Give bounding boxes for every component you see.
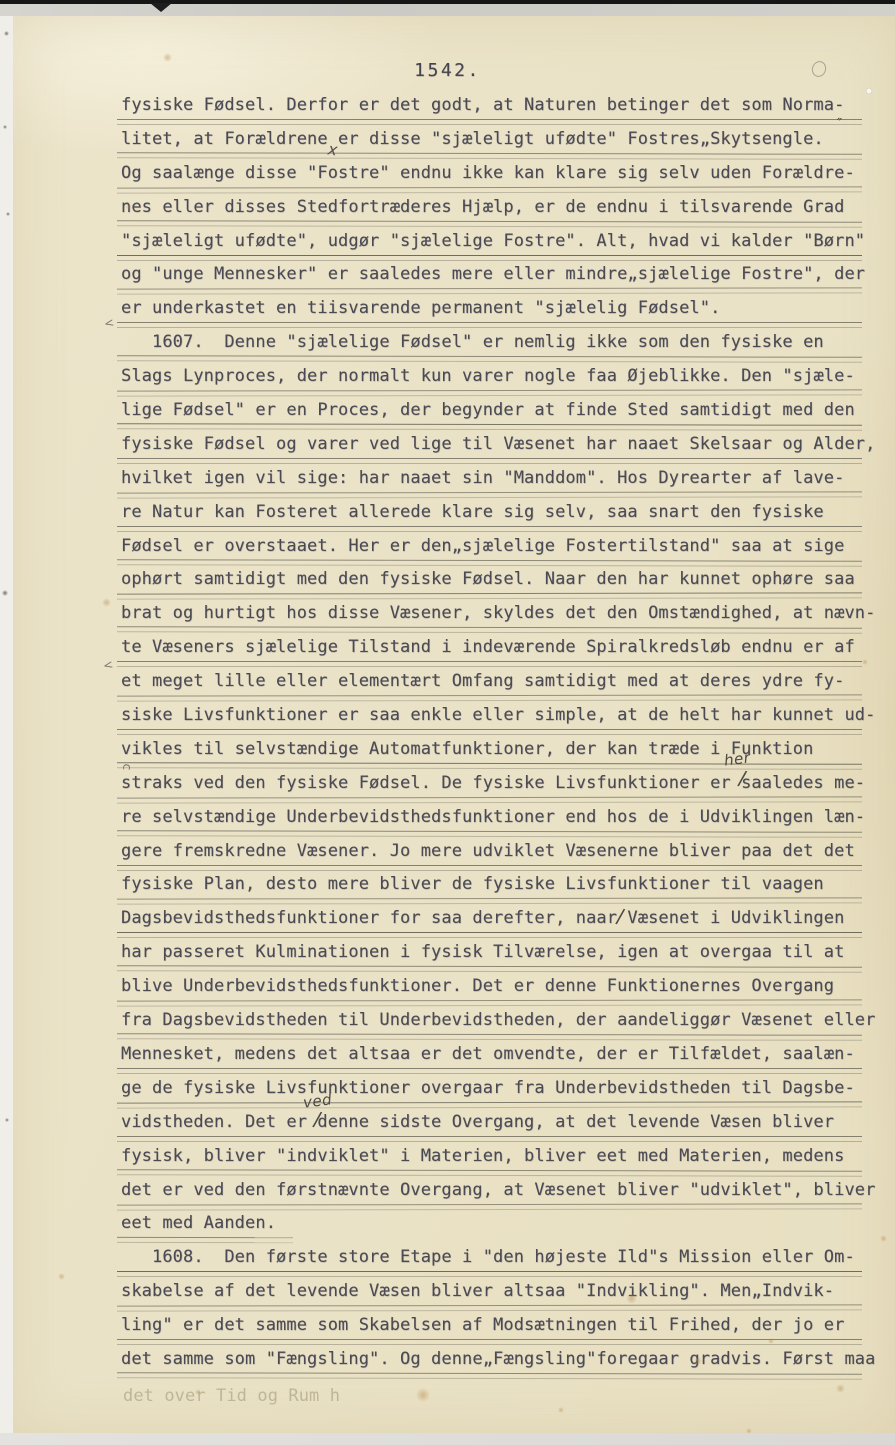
text-line: skabelse af det levende Væsen bliver alt… [121,1281,869,1315]
text-line-content: ge de fysiske Livsfunktioner overgaar fr… [121,1078,855,1098]
text-line: vidstheden. Det er denne sidste Overgang… [121,1112,869,1146]
pencil-underline [117,1169,862,1177]
pencil-underline [117,1000,862,1007]
text-line: Mennesket, medens det altsaa er det omve… [121,1044,869,1078]
pencil-underline [117,389,862,396]
text-line: ophørt samtidigt med den fysiske Fødsel.… [121,569,869,603]
text-line-content: fysisk, bliver "indviklet" i Materien, b… [121,1146,844,1166]
scan-bottom-edge [0,1433,895,1445]
text-line: Og saalænge disse "Fostre" endnu ikke ka… [121,163,869,197]
pencil-underline [117,932,862,938]
text-line: siske Livsfunktioner er saa enkle eller … [121,705,869,739]
pencil-underline [117,627,862,635]
text-line: straks ved den fysiske Fødsel. De fysisk… [121,773,869,807]
text-line: Fødsel er overstaaet. Her er den„sjæleli… [121,536,869,570]
pencil-underline [117,830,862,838]
page-number: 1542. [0,60,895,81]
text-line-content: et meget lille eller elementært Omfang s… [121,671,844,691]
text-line-content: 1608. Den første store Etape i "den høje… [121,1247,855,1267]
scan-top-notch [150,3,172,12]
text-line-content: Dagsbevidsthedsfunktioner for saa dereft… [121,908,844,928]
ghost-line: det over Tid og Rum h [123,1386,340,1406]
text-line-content: re Natur kan Fosteret allerede klare sig… [121,502,824,522]
pencil-underline [117,1305,862,1312]
text-line-content: skabelse af det levende Væsen bliver alt… [121,1281,834,1301]
text-line: te Væseners sjælelige Tilstand i indevær… [121,637,869,671]
text-line: "sjæleligt ufødte", udgør "sjælelige Fos… [121,231,869,265]
pencil-underline [117,593,862,600]
text-line-content: 1607. Denne "sjælelige Fødsel" er nemlig… [121,332,824,352]
pencil-underline [117,898,862,905]
text-line: og "unge Mennesker" er saaledes mere ell… [121,264,869,298]
text-line: re selvstændige Underbevidsthedsfunktion… [121,807,869,841]
text-line-content: lige Fødsel" er en Proces, der begynder … [121,400,855,420]
text-line-content: har passeret Kulminationen i fysisk Tilv… [121,942,844,962]
text-line: fra Dagsbevidstheden til Underbevidsthed… [121,1010,869,1044]
text-line: litet, at Forældrene er disse "sjæleligt… [121,129,869,163]
text-line-content: Mennesket, medens det altsaa er det omve… [121,1044,855,1064]
text-line-content: det er ved den førstnævnte Overgang, at … [121,1180,875,1200]
text-line-content: Slags Lynproces, der normalt kun varer n… [121,366,855,386]
pencil-underline [117,255,862,261]
text-line-content: fra Dagsbevidstheden til Underbevidsthed… [121,1010,875,1030]
text-line-content: nes eller disses Stedfortræderes Hjælp, … [121,197,844,217]
pencil-underline [117,423,862,431]
text-line-content: fysiske Fødsel og varer ved lige til Væs… [121,434,875,454]
pencil-underline [117,796,862,803]
pencil-underline [117,322,862,328]
text-line-content: vidstheden. Det er denne sidste Overgang… [121,1112,834,1132]
pencil-underline [117,694,862,701]
pencil-underline [117,1237,293,1243]
pencil-underline [117,1136,862,1142]
text-line: ge de fysiske Livsfunktioner overgaar fr… [121,1078,869,1112]
text-line-content: hvilket igen vil sige: har naaet sin "Ma… [121,468,844,488]
typewritten-text: fysiske Fødsel. Derfor er det godt, at N… [121,95,869,1383]
text-line-content: Fødsel er overstaaet. Her er den„sjæleli… [121,536,844,556]
pencil-underline [117,355,862,363]
text-line: det samme som "Fængsling". Og denne„Fæng… [121,1349,869,1383]
text-line-content: vikles til selvstændige Automatfunktione… [121,739,813,759]
text-line-content: brat og hurtigt hos disse Væsener, skyld… [121,603,875,623]
pencil-underline [117,186,862,193]
pencil-underline [117,1372,862,1380]
text-line: fysiske Fødsel og varer ved lige til Væs… [121,434,869,468]
scanned-document: { "page": { "number": "1542.", "ghost_li… [0,0,895,1445]
text-line: Dagsbevidsthedsfunktioner for saa dereft… [121,908,869,942]
text-line: nes eller disses Stedfortræderes Hjælp, … [121,197,869,231]
pencil-underline [117,729,862,735]
text-line: 1607. Denne "sjælelige Fødsel" er nemlig… [121,332,869,366]
text-line: ling" er det samme som Skabelsen af Mods… [121,1315,869,1349]
text-line-content: re selvstændige Underbevidsthedsfunktion… [121,807,865,827]
scan-left-edge [0,16,13,1434]
text-line: lige Fødsel" er en Proces, der begynder … [121,400,869,434]
text-line: fysisk, bliver "indviklet" i Materien, b… [121,1146,869,1180]
pencil-underline [117,965,862,973]
text-line-content: ling" er det samme som Skabelsen af Mods… [121,1315,844,1335]
pencil-underline [117,661,862,667]
text-line: hvilket igen vil sige: har naaet sin "Ma… [121,468,869,502]
text-line-content: blive Underbevidsthedsfunktioner. Det er… [121,976,834,996]
text-line-content: er underkastet en tiisvarende permanent … [121,298,720,318]
pencil-underline [117,220,862,228]
handwriting-margin-curve: c [120,763,135,771]
pencil-underline [117,559,862,567]
pencil-underline [117,1271,862,1277]
pencil-underline [117,491,862,498]
text-line-content: siske Livsfunktioner er saa enkle eller … [121,705,875,725]
text-line-content: og "unge Mennesker" er saaledes mere ell… [121,264,865,284]
text-line-content: Og saalænge disse "Fostre" endnu ikke ka… [121,163,855,183]
text-line: er underkastet en tiisvarende permanent … [121,298,869,332]
text-line: har passeret Kulminationen i fysisk Tilv… [121,942,869,976]
pencil-underline [117,458,862,464]
text-line: brat og hurtigt hos disse Væsener, skyld… [121,603,869,637]
text-line-content: fysiske Plan, desto mere bliver de fysis… [121,874,824,894]
text-line-content: gere fremskredne Væsener. Jo mere udvikl… [121,841,855,861]
text-line: blive Underbevidsthedsfunktioner. Det er… [121,976,869,1010]
pencil-underline [117,526,862,532]
pencil-underline [117,865,862,871]
pencil-underline [117,288,862,295]
text-line: eet med Aanden. [121,1213,869,1247]
text-line: fysiske Fødsel. Derfor er det godt, at N… [121,95,869,129]
text-line-content: te Væseners sjælelige Tilstand i indevær… [121,637,855,657]
scan-top-strip [0,4,895,16]
text-line: et meget lille eller elementært Omfang s… [121,671,869,705]
pencil-underline [117,119,862,125]
text-line: vikles til selvstændige Automatfunktione… [121,739,869,773]
pencil-underline [117,1339,862,1345]
pencil-underline [117,1068,862,1074]
text-line: det er ved den førstnævnte Overgang, at … [121,1180,869,1214]
text-line-content: eet med Aanden. [121,1213,276,1233]
text-line-content: straks ved den fysiske Fødsel. De fysisk… [121,773,865,793]
text-line: fysiske Plan, desto mere bliver de fysis… [121,874,869,908]
text-line: re Natur kan Fosteret allerede klare sig… [121,502,869,536]
pencil-underline [117,1101,862,1108]
text-line-content: litet, at Forældrene er disse "sjæleligt… [121,129,824,149]
pencil-underline [117,1033,862,1041]
text-line: Slags Lynproces, der normalt kun varer n… [121,366,869,400]
text-line-content: det samme som "Fængsling". Og denne„Fæng… [121,1349,875,1369]
text-line-content: ophørt samtidigt med den fysiske Fødsel.… [121,569,855,589]
pencil-underline [117,1203,862,1210]
text-line: gere fremskredne Væsener. Jo mere udvikl… [121,841,869,875]
text-line: 1608. Den første store Etape i "den høje… [121,1247,869,1281]
text-line-content: fysiske Fødsel. Derfor er det godt, at N… [121,95,844,115]
text-line-content: "sjæleligt ufødte", udgør "sjælelige Fos… [121,231,865,251]
pencil-underline [117,152,862,160]
